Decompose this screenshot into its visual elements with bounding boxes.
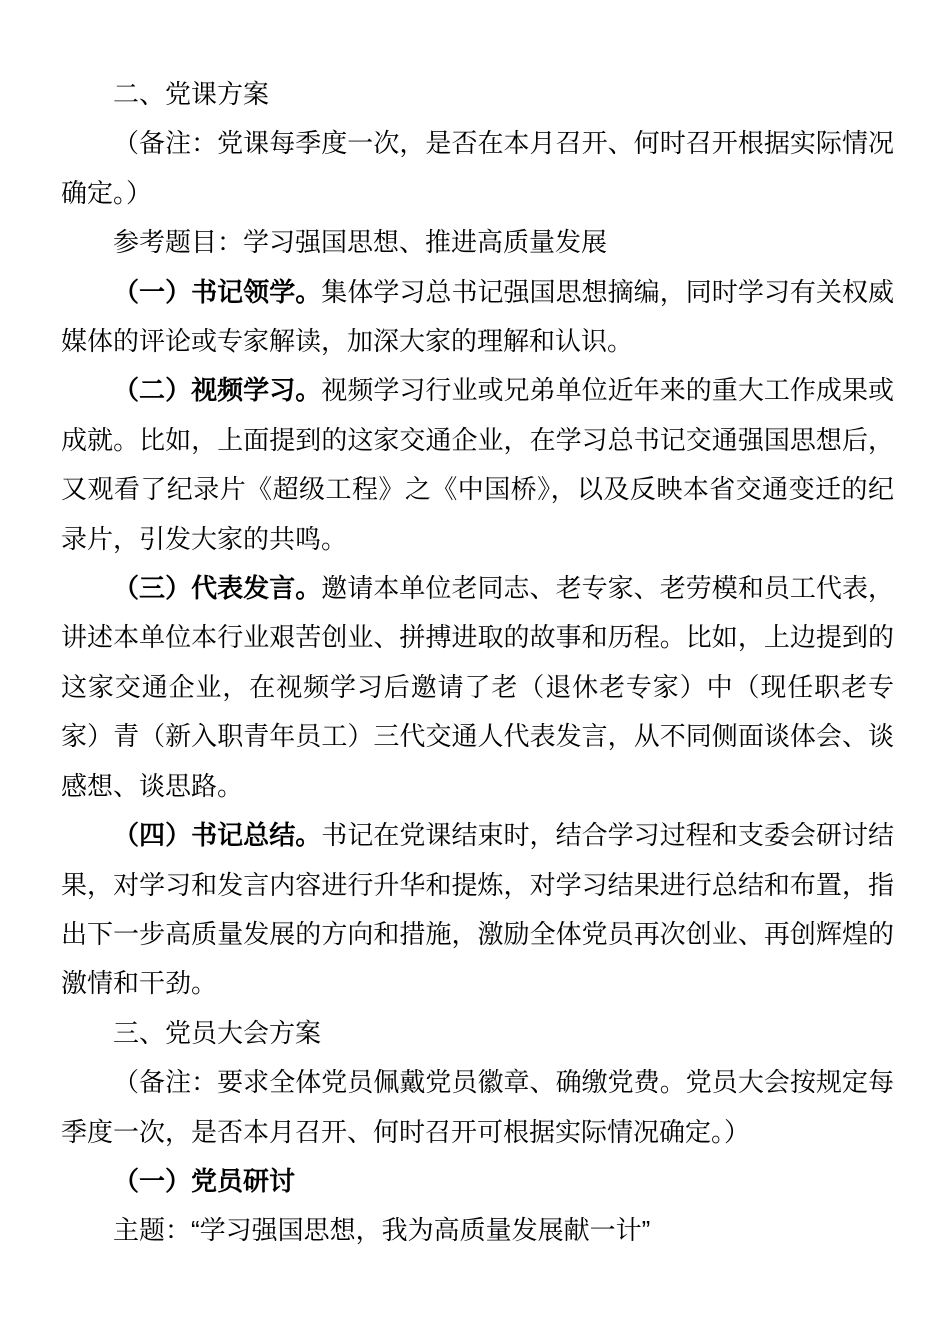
text-run: 邀请本单位老同志、老专家、老劳模和员工代表，讲述本单位本行业艰苦创业、拼搏进取的…	[61, 573, 894, 801]
paragraph-sub-item-1-member-discussion: （一）党员研讨	[61, 1157, 894, 1206]
paragraph-reference-topic: 参考题目：学习强国思想、推进高质量发展	[61, 218, 894, 267]
text-run-bold: （一）书记领学。	[113, 277, 321, 307]
paragraph-item-3-representative-speeches: （三）代表发言。邀请本单位老同志、老专家、老劳模和员工代表，讲述本单位本行业艰苦…	[61, 564, 894, 811]
paragraph-note-member-assembly: （备注：要求全体党员佩戴党员徽章、确缴党费。党员大会按规定每季度一次，是否本月召…	[61, 1058, 894, 1157]
paragraph-item-4-secretary-summary: （四）书记总结。书记在党课结束时，结合学习过程和支委会研讨结果，对学习和发言内容…	[61, 811, 894, 1009]
text-run-bold: （一）党员研讨	[113, 1166, 295, 1196]
text-run-bold: （三）代表发言。	[113, 573, 321, 603]
text-run: 二、党课方案	[113, 79, 269, 109]
document-body: 二、党课方案（备注：党课每季度一次，是否在本月召开、何时召开根据实际情况确定。）…	[61, 70, 894, 1256]
paragraph-item-1-secretary-leads-study: （一）书记领学。集体学习总书记强国思想摘编，同时学习有关权威媒体的评论或专家解读…	[61, 268, 894, 367]
text-run: 参考题目：学习强国思想、推进高质量发展	[113, 227, 607, 257]
text-run: （备注：要求全体党员佩戴党员徽章、确缴党费。党员大会按规定每季度一次，是否本月召…	[61, 1067, 894, 1146]
paragraph-discussion-topic: 主题：“学习强国思想，我为高质量发展献一计”	[61, 1206, 894, 1255]
text-run: （备注：党课每季度一次，是否在本月召开、何时召开根据实际情况确定。）	[61, 128, 894, 207]
text-run-bold: （四）书记总结。	[113, 820, 321, 850]
document-page: 二、党课方案（备注：党课每季度一次，是否在本月召开、何时召开根据实际情况确定。）…	[0, 0, 950, 1344]
paragraph-section-heading-member-assembly: 三、党员大会方案	[61, 1009, 894, 1058]
text-run: 主题：“学习强国思想，我为高质量发展献一计”	[113, 1215, 650, 1245]
paragraph-note-party-lecture: （备注：党课每季度一次，是否在本月召开、何时召开根据实际情况确定。）	[61, 119, 894, 218]
paragraph-item-2-video-study: （二）视频学习。视频学习行业或兄弟单位近年来的重大工作成果或成就。比如，上面提到…	[61, 366, 894, 564]
paragraph-section-heading-party-lecture: 二、党课方案	[61, 70, 894, 119]
text-run: 三、党员大会方案	[113, 1018, 321, 1048]
text-run-bold: （二）视频学习。	[113, 375, 321, 405]
